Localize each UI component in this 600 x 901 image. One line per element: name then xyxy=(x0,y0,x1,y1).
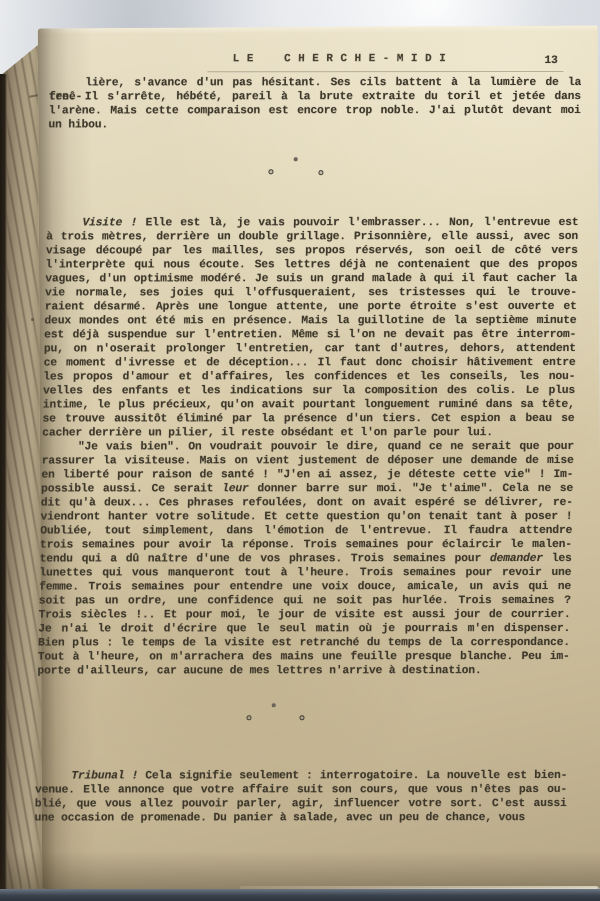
ornament-dot xyxy=(294,157,298,161)
text-line: une occasion de promenade. Du panier à s… xyxy=(34,811,566,825)
text-line: l'arène. Mais cette comparaison est enco… xyxy=(49,104,581,118)
text-line: lunettes qui vous manqueront tout à l'he… xyxy=(39,566,571,580)
paragraph-2: Visite ! Elle est là, je vais pouvoir l'… xyxy=(42,216,578,440)
header-rule xyxy=(207,71,563,72)
text-line: visage découpé par les mailles, ses prop… xyxy=(46,244,578,258)
ornament-dot xyxy=(272,703,276,707)
page-header: LE CHERCHE-MIDI 13 xyxy=(50,52,582,65)
book-page: LE CHERCHE-MIDI 13 lière, s'avance d'un … xyxy=(38,26,600,891)
text-line: Tout à l'heure, on m'arrachera des mains… xyxy=(38,650,570,664)
text-line: blié, que vous allez pouvoir parler, agi… xyxy=(35,797,567,811)
text-line: les propos d'amour et d'affaires, les co… xyxy=(43,370,575,384)
text-line: rassurer la visiteuse. Mais on vient jus… xyxy=(42,454,574,468)
paragraph-4: Tribunal ! Cela signifie seulement : int… xyxy=(34,769,567,825)
pencil-mark xyxy=(31,318,34,321)
text-line: possible aussi. Ce serait leur donner ba… xyxy=(41,482,573,496)
text-line: l'interprète qui nous écoute. Ses lettre… xyxy=(45,258,577,272)
text-line: Je n'ai le droit d'écrire que le seul ma… xyxy=(38,622,570,636)
text-line: femme. Trois semaines pour entendre une … xyxy=(39,580,571,594)
text-line: "Je vais bien". On voudrait pouvoir le d… xyxy=(42,440,574,454)
text-line: lière, s'avance d'un pas hésitant. Ses c… xyxy=(49,76,581,90)
text-line: Oubliée, tout simplement, dans l'émotion… xyxy=(40,524,572,538)
text-line: dit qu'à deux... Ces phrases refoulées, … xyxy=(41,496,573,510)
text-line: viendront hanter votre solitude. Et cett… xyxy=(40,510,572,524)
text-line: en liberté pour raison de santé ! "J'en … xyxy=(41,468,573,482)
ornament-dot xyxy=(299,715,304,720)
book-photo: LE CHERCHE-MIDI 13 lière, s'avance d'un … xyxy=(0,0,600,901)
text-line: cacher derrière un pilier, il reste obsé… xyxy=(42,426,574,440)
text-line: tendu qui a dû naître d'une de vos phras… xyxy=(40,552,572,566)
text-line: tre. Il s'arrête, hébété, pareil à la br… xyxy=(49,90,581,104)
running-title: LE CHERCHE-MIDI xyxy=(233,52,454,66)
text-line: vagues, d'un optimisme modéré. Je suis u… xyxy=(45,272,577,286)
text-line: Trois siècles !.. Et pour moi, le jour d… xyxy=(38,608,570,622)
text-line: à trois mètres, derrière un double grill… xyxy=(46,230,578,244)
text-line: venue. Elle annonce que votre affaire su… xyxy=(35,783,567,797)
paragraph-1: lière, s'avance d'un pas hésitant. Ses c… xyxy=(48,76,581,132)
ornament-dot xyxy=(246,715,251,720)
text-line: un hibou. xyxy=(48,118,580,132)
text-line: intime, le plus précieux, qu'on avait po… xyxy=(43,398,575,412)
page-number: 13 xyxy=(544,54,558,68)
text-line: Tribunal ! Cela signifie seulement : int… xyxy=(35,769,567,783)
background-shadow xyxy=(0,74,7,889)
paragraph-3: "Je vais bien". On voudrait pouvoir le d… xyxy=(37,440,574,678)
section-break-dots xyxy=(47,132,581,216)
book-edge-band xyxy=(0,889,600,901)
text-line: pu, on n'oserait prolonger l'entretien, … xyxy=(44,342,576,356)
text-line: soit pas un ordre, une confidence qui ne… xyxy=(39,594,571,608)
page-bottom-shadow xyxy=(0,851,600,889)
text-line: vie normale, ses joies qui l'offusquerai… xyxy=(45,286,577,300)
text-line: est déjà suspendue sur l'entretien. Même… xyxy=(44,328,576,342)
text-line: raient désarmé. Après une longue attente… xyxy=(45,300,577,314)
text-line: porte d'ailleurs, car aucune de mes lett… xyxy=(37,664,569,678)
text-line: deux mondes ont été mis en présence. Mai… xyxy=(44,314,576,328)
text-line: velles des enfants et les indications su… xyxy=(43,384,575,398)
ornament-dot xyxy=(318,170,323,175)
text-line: se trouve aussitôt éliminé par la présen… xyxy=(42,412,574,426)
text-line: Bien plus : le temps de la visite est re… xyxy=(38,636,570,650)
ornament-dot xyxy=(268,169,273,174)
text-line: ce moment d'ivresse et de déception... I… xyxy=(43,356,575,370)
page-content: LE CHERCHE-MIDI 13 lière, s'avance d'un … xyxy=(34,52,581,826)
text-line: Visite ! Elle est là, je vais pouvoir l'… xyxy=(46,216,578,230)
section-break-dots xyxy=(35,678,569,769)
text-line: trois semaines pour avoir la réponse. Tr… xyxy=(40,538,572,552)
